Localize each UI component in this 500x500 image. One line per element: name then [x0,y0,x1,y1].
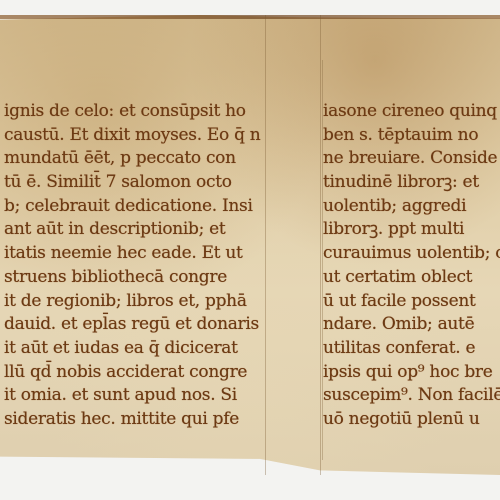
text-line: llū qd̄ nobis acciderat congre [4,361,272,385]
text-line: iasone cireneo quinq [323,100,500,124]
text-line: ben s. tēptauim no [323,124,500,148]
text-line: librorꝫ. ppt multi [323,218,500,242]
text-line: struens bibliothecā congre [4,266,272,290]
text-line: dauid. et epl̄as regū et donaris [4,313,272,337]
text-line: ū ut facile possent [323,290,500,314]
text-line: ipsis qui op⁹ hoc bre [323,361,500,385]
text-line: caustū. Et dixit moyses. Eo q̄ n [4,124,272,148]
text-line: mundatū ēēt, p peccato con [4,147,272,171]
text-line: uō negotiū plenū u [323,408,500,432]
text-line: tū ē. Similit̄ 7 salomon octo [4,171,272,195]
torn-top-edge [0,15,500,19]
text-line: ut certatim oblect [323,266,500,290]
right-text-column: iasone cireneo quinq ben s. tēptauim no … [323,100,500,432]
text-line: it aūt et iudas ea q̄ dicicerat [4,337,272,361]
text-line: suscepim⁹. Non facilē [323,384,500,408]
text-line: ndare. Omib; autē [323,313,500,337]
fold-line [320,15,321,475]
text-line: ant aūt in descriptionib; et [4,218,272,242]
text-line: ne breuiare. Conside [323,147,500,171]
text-line: it de regionib; libros et, pphā [4,290,272,314]
text-line: uolentib; aggredi [323,195,500,219]
text-line: it omia. et sunt apud nos. Si [4,384,272,408]
text-line: sideratis hec. mittite qui pfe [4,408,272,432]
text-line: curauimus uolentib; o [323,242,500,266]
text-line: ignis de celo: et consūpsit ho [4,100,272,124]
text-line: utilitas conferat. e [323,337,500,361]
text-line: b; celebrauit dedicatione. Insi [4,195,272,219]
text-line: itatis neemie hec eade. Et ut [4,242,272,266]
text-line: tinudinē librorꝫ: et [323,171,500,195]
left-text-column: ignis de celo: et consūpsit ho caustū. E… [4,100,272,432]
